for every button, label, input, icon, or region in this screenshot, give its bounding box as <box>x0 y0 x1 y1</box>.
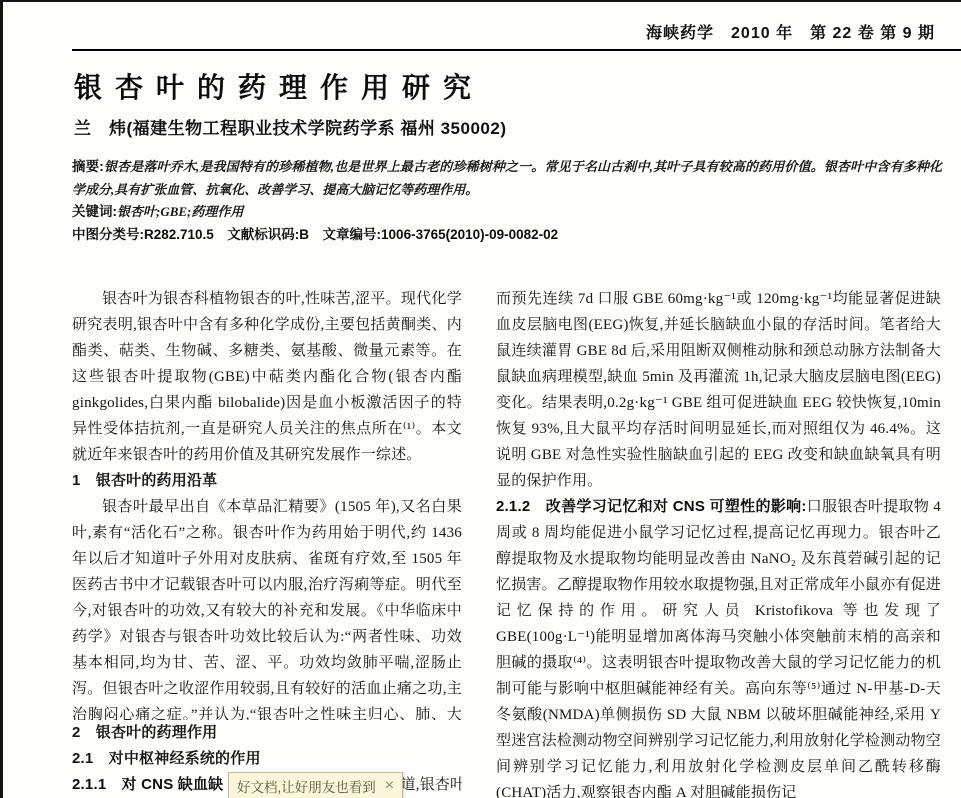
right-column: 而预先连续 7d 口服 GBE 60mg·kg⁻¹或 120mg·kg⁻¹均能显… <box>496 286 941 798</box>
section-1-heading: 1 银杏叶的药用沿革 <box>72 468 462 494</box>
abstract: 摘要:银杏是落叶乔木,是我国特有的珍稀植物,也是世界上最古老的珍稀树种之一。常见… <box>72 155 942 201</box>
left-column: 银杏叶为银杏科植物银杏的叶,性味苦,涩平。现代化学研究表明,银杏叶中含有多种化学… <box>72 286 462 798</box>
scan-edge-top <box>0 0 961 2</box>
section-2-1-heading: 2.1 对中枢神经系统的作用 <box>72 746 462 772</box>
close-icon[interactable]: × <box>385 778 394 794</box>
abstract-label: 摘要: <box>72 159 104 174</box>
keywords-label: 关键词: <box>72 204 117 219</box>
journal-header: 海峡药学 2010 年 第 22 卷 第 9 期 <box>646 20 935 43</box>
section-2-1-2-text: 口服银杏叶提取物 4 周或 8 周均能促进小鼠学习记忆过程,提高记忆再现力。银杏… <box>496 499 941 798</box>
page-title: 银杏叶的药理作用研究 <box>74 66 484 106</box>
article-body: 银杏叶为银杏科植物银杏的叶,性味苦,涩平。现代化学研究表明,银杏叶中含有多种化学… <box>72 286 941 798</box>
article-meta: 摘要:银杏是落叶乔木,是我国特有的珍稀植物,也是世界上最古老的珍稀树种之一。常见… <box>72 155 942 247</box>
promo-popup-text[interactable]: 好文档,让好朋友也看到 <box>237 776 376 796</box>
paragraph-intro: 银杏叶为银杏科植物银杏的叶,性味苦,涩平。现代化学研究表明,银杏叶中含有多种化学… <box>72 286 462 468</box>
author-affiliation: 兰 炜(福建生物工程职业技术学院药学系 福州 350002) <box>74 114 507 139</box>
paragraph-memory-study: 2.1.2 改善学习记忆和对 CNS 可塑性的影响:口服银杏叶提取物 4 周或 … <box>496 494 941 798</box>
abstract-text: 银杏是落叶乔木,是我国特有的珍稀植物,也是世界上最古老的珍稀树种之一。常见于名山… <box>72 159 942 197</box>
classification-line: 中图分类号:R282.710.5 文献标识码:B 文章编号:1006-3765(… <box>72 223 942 247</box>
section-2-1-2-heading: 2.1.2 改善学习记忆和对 CNS 可塑性的影响: <box>496 498 807 515</box>
paragraph-eeg-study: 而预先连续 7d 口服 GBE 60mg·kg⁻¹或 120mg·kg⁻¹均能显… <box>496 286 941 494</box>
promo-popup[interactable]: 好文档,让好朋友也看到 × <box>228 772 403 798</box>
keywords: 关键词:银杏叶;GBE;药理作用 <box>72 201 942 223</box>
keywords-text: 银杏叶;GBE;药理作用 <box>117 204 243 219</box>
section-2-1-1-heading: 2.1.1 对 CNS 缺血缺 <box>72 776 223 793</box>
scan-edge-left <box>0 0 3 798</box>
section-2-heading: 2 银杏叶的药理作用 <box>72 720 462 746</box>
header-divider <box>72 49 961 51</box>
